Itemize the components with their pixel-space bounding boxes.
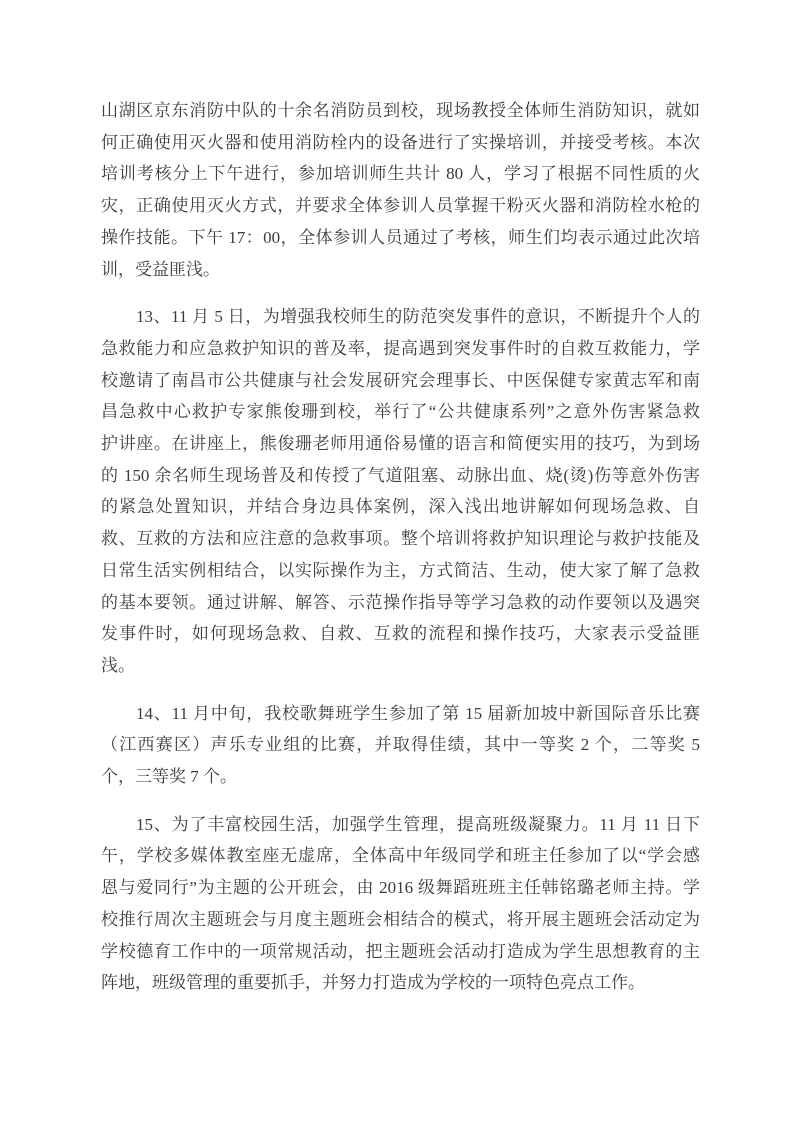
paragraph: 13、11 月 5 日，为增强我校师生的防范突发事件的意识，不断提升个人的急救能…: [101, 301, 700, 681]
text-line: 浅。: [101, 650, 700, 682]
text-line: 午，学校多媒体教室座无虚席，全体高中年级同学和班主任参加了以“学会感: [101, 840, 700, 872]
text-line: 14、11 月中旬，我校歌舞班学生参加了第 15 届新加坡中新国际音乐比赛: [101, 698, 700, 730]
paragraph: 山湖区京东消防中队的十余名消防员到校，现场教授全体师生消防知识，就如何正确使用灭…: [101, 95, 700, 285]
text-line: 日常生活实例相结合，以实际操作为主，方式简洁、生动，使大家了解了急救: [101, 555, 700, 587]
text-line: 急救能力和应急救护知识的普及率，提高遇到突发事件时的自救互救能力，学: [101, 333, 700, 365]
text-line: 阵地，班级管理的重要抓手，并努力打造成为学校的一项特色亮点工作。: [101, 967, 700, 999]
text-line: 个，三等奖 7 个。: [101, 761, 700, 793]
text-line: 的紧急处置知识，并结合身边具体案例，深入浅出地讲解如何现场急救、自: [101, 491, 700, 523]
text-line: 的基本要领。通过讲解、解答、示范操作指导等学习急救的动作要领以及遇突: [101, 587, 700, 619]
text-line: 恩与爱同行”为主题的公开班会，由 2016 级舞蹈班班主任韩铭璐老师主持。学: [101, 872, 700, 904]
text-line: 灾，正确使用灭火方式，并要求全体参训人员掌握干粉灭火器和消防栓水枪的: [101, 190, 700, 222]
text-line: 校推行周次主题班会与月度主题班会相结合的模式，将开展主题班会活动定为: [101, 904, 700, 936]
text-line: 的 150 余名师生现场普及和传授了气道阻塞、动脉出血、烧(烫)伤等意外伤害: [101, 460, 700, 492]
text-line: 校邀请了南昌市公共健康与社会发展研究会理事长、中医保健专家黄志军和南: [101, 365, 700, 397]
text-line: 昌急救中心救护专家熊俊珊到校，举行了“公共健康系列”之意外伤害紧急救: [101, 396, 700, 428]
paragraph: 14、11 月中旬，我校歌舞班学生参加了第 15 届新加坡中新国际音乐比赛（江西…: [101, 698, 700, 793]
text-line: 学校德育工作中的一项常规活动，把主题班会活动打造成为学生思想教育的主: [101, 936, 700, 968]
document-page: 山湖区京东消防中队的十余名消防员到校，现场教授全体师生消防知识，就如何正确使用灭…: [0, 0, 800, 1131]
text-line: 训，受益匪浅。: [101, 254, 700, 286]
text-line: 15、为了丰富校园生活，加强学生管理，提高班级凝聚力。11 月 11 日下: [101, 809, 700, 841]
text-line: （江西赛区）声乐专业组的比赛，并取得佳绩，其中一等奖 2 个，二等奖 5: [101, 729, 700, 761]
text-line: 护讲座。在讲座上，熊俊珊老师用通俗易懂的语言和简便实用的技巧，为到场: [101, 428, 700, 460]
text-line: 操作技能。下午 17：00，全体参训人员通过了考核，师生们均表示通过此次培: [101, 222, 700, 254]
text-line: 发事件时，如何现场急救、自救、互救的流程和操作技巧，大家表示受益匪: [101, 618, 700, 650]
text-line: 救、互救的方法和应注意的急救事项。整个培训将救护知识理论与救护技能及: [101, 523, 700, 555]
document-body: 山湖区京东消防中队的十余名消防员到校，现场教授全体师生消防知识，就如何正确使用灭…: [101, 95, 700, 999]
text-line: 山湖区京东消防中队的十余名消防员到校，现场教授全体师生消防知识，就如: [101, 95, 700, 127]
text-line: 培训考核分上下午进行，参加培训师生共计 80 人，学习了根据不同性质的火: [101, 158, 700, 190]
paragraph: 15、为了丰富校园生活，加强学生管理，提高班级凝聚力。11 月 11 日下午，学…: [101, 809, 700, 999]
text-line: 13、11 月 5 日，为增强我校师生的防范突发事件的意识，不断提升个人的: [101, 301, 700, 333]
text-line: 何正确使用灭火器和使用消防栓内的设备进行了实操培训，并接受考核。本次: [101, 127, 700, 159]
